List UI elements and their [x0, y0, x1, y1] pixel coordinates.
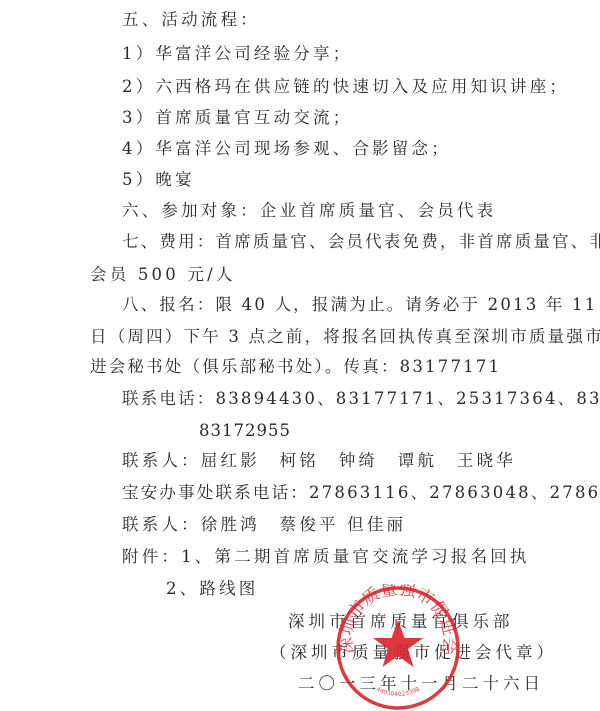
process-item-4: 4）华富洋公司现场参观、合影留念；: [122, 139, 451, 159]
process-item-2: 2）六西格玛在供应链的快速切入及应用知识讲座；: [122, 77, 569, 97]
section6-participants: 六、参加对象：企业首席质量官、会员代表: [122, 201, 496, 221]
contact-phones-line2: 83172955: [199, 421, 291, 441]
section7-fee-line1: 七、费用：首席质量官、会员代表免费，非首席质量官、非: [122, 232, 600, 252]
document-page: 五、活动流程： 1）华富洋公司经验分享； 2）六西格玛在供应链的快速切入及应用知…: [0, 0, 600, 711]
contact-phones-line1: 联系电话：83894430、83177171、25317364、83283672: [122, 389, 600, 409]
section7-fee-line2: 会员 500 元/人: [90, 265, 236, 285]
process-item-3: 3）首席质量官互动交流；: [122, 108, 352, 128]
baoan-office-phones: 宝安办事处联系电话：27863116、27863048、27863602: [122, 483, 600, 503]
attachment-1: 附件：1、第二期首席质量官交流学习报名回执: [122, 547, 530, 567]
process-item-5: 5）晚宴: [122, 170, 195, 190]
signature-seal-note: （深圳市质量强市促进会代章）: [270, 643, 557, 663]
process-item-1: 1）华富洋公司经验分享；: [122, 44, 352, 64]
section5-heading: 五、活动流程：: [122, 10, 260, 30]
attachment-2: 2、路线图: [166, 579, 259, 599]
section8-registration-line2: 日（周四）下午 3 点之前，将报名回执传真至深圳市质量强市促: [90, 327, 600, 347]
signature-org: 深圳市首席质量官俱乐部: [288, 612, 514, 632]
baoan-office-persons: 联系人：徐胜鸿 蔡俊平 但佳丽: [122, 515, 406, 535]
section8-registration-line1: 八、报名：限 40 人，报满为止。请务必于 2013 年 11 月 28: [122, 295, 600, 315]
contact-persons: 联系人：屈红影 柯铭 钟绮 谭航 王晓华: [122, 451, 516, 471]
section8-registration-line3: 进会秘书处（俱乐部秘书处）。传真：83177171: [90, 357, 501, 377]
signature-date: 二〇一三年十一月二十六日: [298, 674, 544, 694]
